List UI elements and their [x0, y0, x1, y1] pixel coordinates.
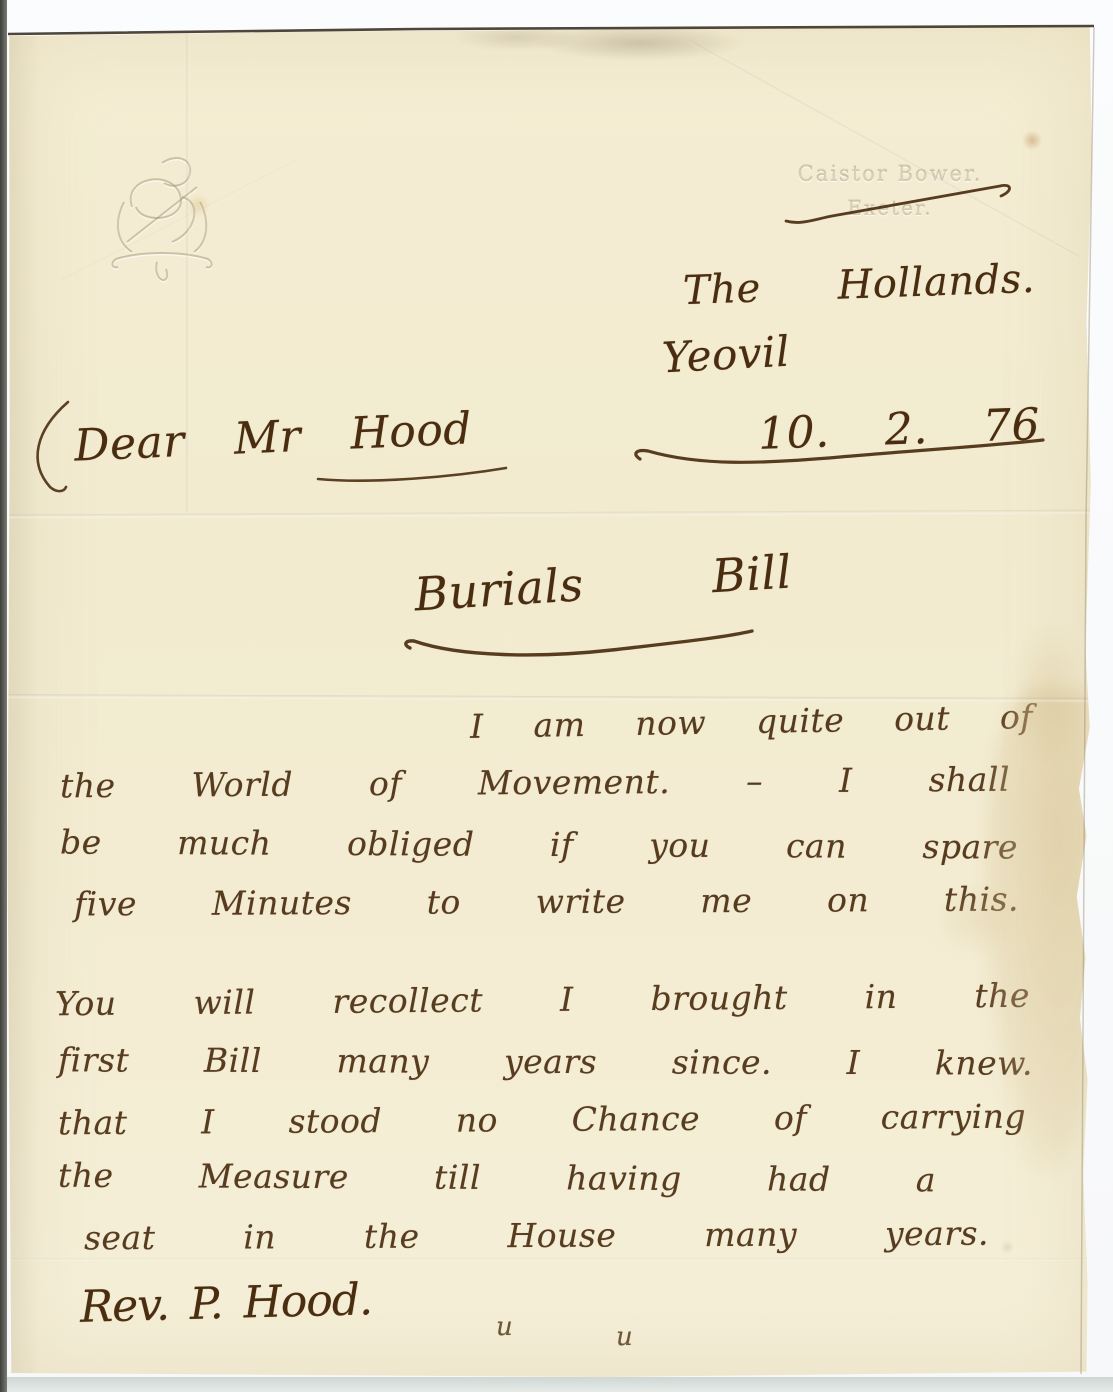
- body-line: first Bill many years since. I knew.: [58, 1040, 1033, 1082]
- body-line: the Measure till having had a: [58, 1156, 936, 1200]
- body-line: the World of Movement. – I shall: [60, 760, 1010, 806]
- scanner-edge-strip: [0, 0, 7, 1392]
- scanned-letter-page: { "scan": { "paper_color": "#f3ecd2", "i…: [0, 0, 1113, 1392]
- pen-mark: u: [496, 1312, 513, 1342]
- embossed-stamp-line2: Exeter.: [790, 196, 990, 220]
- town-line: Yeovil: [661, 327, 791, 383]
- scanner-bed-strip: [7, 1377, 1113, 1392]
- body-line: five Minutes to write me on this.: [74, 880, 1019, 924]
- body-line: be much obliged if you can spare: [60, 822, 1018, 866]
- body-line: that I stood no Chance of carrying: [58, 1097, 1026, 1143]
- date-line: 10. 2. 76: [757, 399, 1041, 460]
- pen-mark: u: [616, 1322, 633, 1352]
- body-line: seat in the House many years.: [84, 1214, 989, 1258]
- embossed-stamp-line1: Caistor Bower.: [790, 162, 990, 186]
- addressee-line: Rev. P. Hood.: [79, 1274, 372, 1333]
- scan-page: Caistor Bower. Exeter. The Hollands. Yeo…: [0, 0, 1113, 1392]
